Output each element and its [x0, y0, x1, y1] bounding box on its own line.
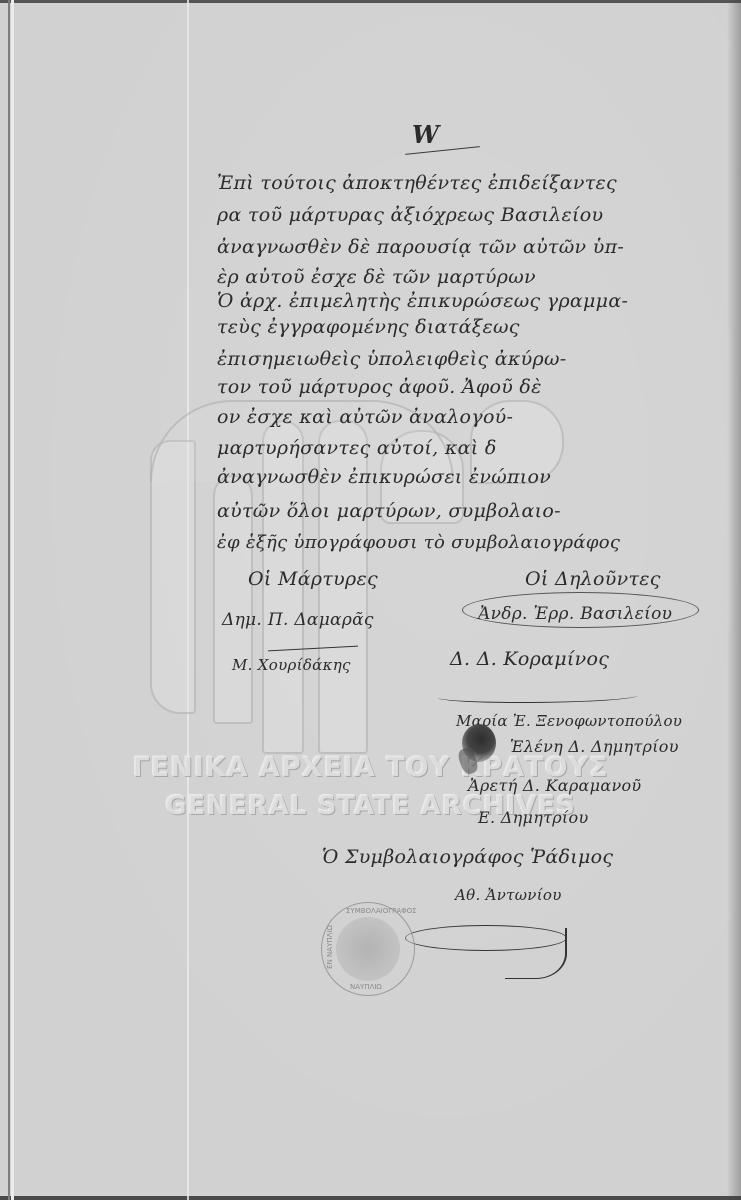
scan-top-edge [0, 0, 741, 3]
body-line: μαρτυρήσαντες αὐτοί, καὶ δ [217, 437, 497, 459]
declarant-signature: Δ. Δ. Κοραμίνος [450, 648, 609, 670]
signature-flourish [462, 592, 699, 628]
body-line: ὲρ αὐτοῦ ἐσχε δὲ τῶν μαρτύρων [217, 266, 536, 288]
notary-flourish-tail [505, 928, 567, 979]
scan-right-shadow [727, 0, 741, 1200]
seal-top-text: ΣΥΜΒΟΛΑΙΟΓΡΑΦΟΣ [346, 907, 417, 915]
declarant-signature: Ἀρετή Δ. Καραμανοῦ [468, 776, 641, 795]
body-line: Ἐπὶ τούτοις ἀποκτηθέντες ἐπιδείξαντες [217, 172, 617, 194]
body-line: τον τοῦ μάρτυρος ἀφοῦ. Ἀφοῦ δὲ [217, 376, 542, 398]
declarant-signature: Ε. Δημητρίου [478, 808, 588, 827]
scan-bottom-edge [0, 1196, 741, 1200]
body-line: ἐφ ἑξῆς ὑπογράφουσι τὸ συμβολαιογράφος [217, 532, 620, 553]
body-line: ον ἐσχε καὶ αὐτῶν ἀναλογού- [217, 406, 513, 428]
declarant-signature: Μαρία Ἐ. Ξενοφωντοπούλου [456, 712, 682, 730]
signature-flourish [438, 690, 638, 703]
seal-bottom-text: ΝΑΥΠΛΙΩ [350, 983, 382, 991]
watermark-english: GENERAL STATE ARCHIVES [0, 791, 741, 821]
body-line: Ὁ ἀρχ. ἐπιμελητὴς ἐπικυρώσεως γραμμα- [217, 290, 628, 312]
seal-side-text: ΕΝ ΝΑΥΠΛΙΩ [326, 925, 334, 969]
body-line: τεὺς ἐγγραφομένης διατάξεως [217, 316, 520, 338]
document-page: ΓΕΝΙΚΑ ΑΡΧΕΙΑ ΤΟΥ ΚΡΑΤΟΥΣ GENERAL STATE … [0, 0, 741, 1200]
witness-signature: Μ. Χουρίδάκης [232, 656, 351, 674]
body-line: ρα τοῦ μάρτυρας ἀξιόχρεως Βασιλείου [217, 204, 603, 226]
witness-signature: Δημ. Π. Δαμαρᾶς [222, 610, 374, 630]
folio-mark: W [412, 120, 439, 149]
notary-seal: ΣΥΜΒΟΛΑΙΟΓΡΑΦΟΣ ΕΝ ΝΑΥΠΛΙΩ ΝΑΥΠΛΙΩ [321, 902, 415, 996]
declarant-signature: Ἑλένη Δ. Δημητρίου [510, 737, 679, 756]
declarants-heading: Οἱ Δηλοῦντες [525, 568, 661, 590]
binding-margin-highlight [11, 0, 14, 1200]
notary-title: Ὁ Συμβολαιογράφος Ῥάδιμος [322, 846, 613, 868]
body-line: ἀναγνωσθὲν ἐπικυρώσει ἐνώπιον [217, 466, 551, 488]
seal-emblem [336, 917, 400, 981]
witnesses-heading: Οἱ Μάρτυρες [248, 568, 378, 590]
body-line: αὐτῶν ὅλοι μαρτύρων, συμβολαιο- [217, 500, 561, 522]
binding-margin-line [8, 0, 10, 1200]
notary-signature: Αθ. Ἀντωνίου [455, 886, 562, 904]
body-line: ἀναγνωσθὲν δὲ παρουσίᾳ τῶν αὐτῶν ὑπ- [217, 236, 624, 258]
body-line: ἐπισημειωθεὶς ὑπολειφθεὶς ἀκύρω- [217, 348, 567, 370]
